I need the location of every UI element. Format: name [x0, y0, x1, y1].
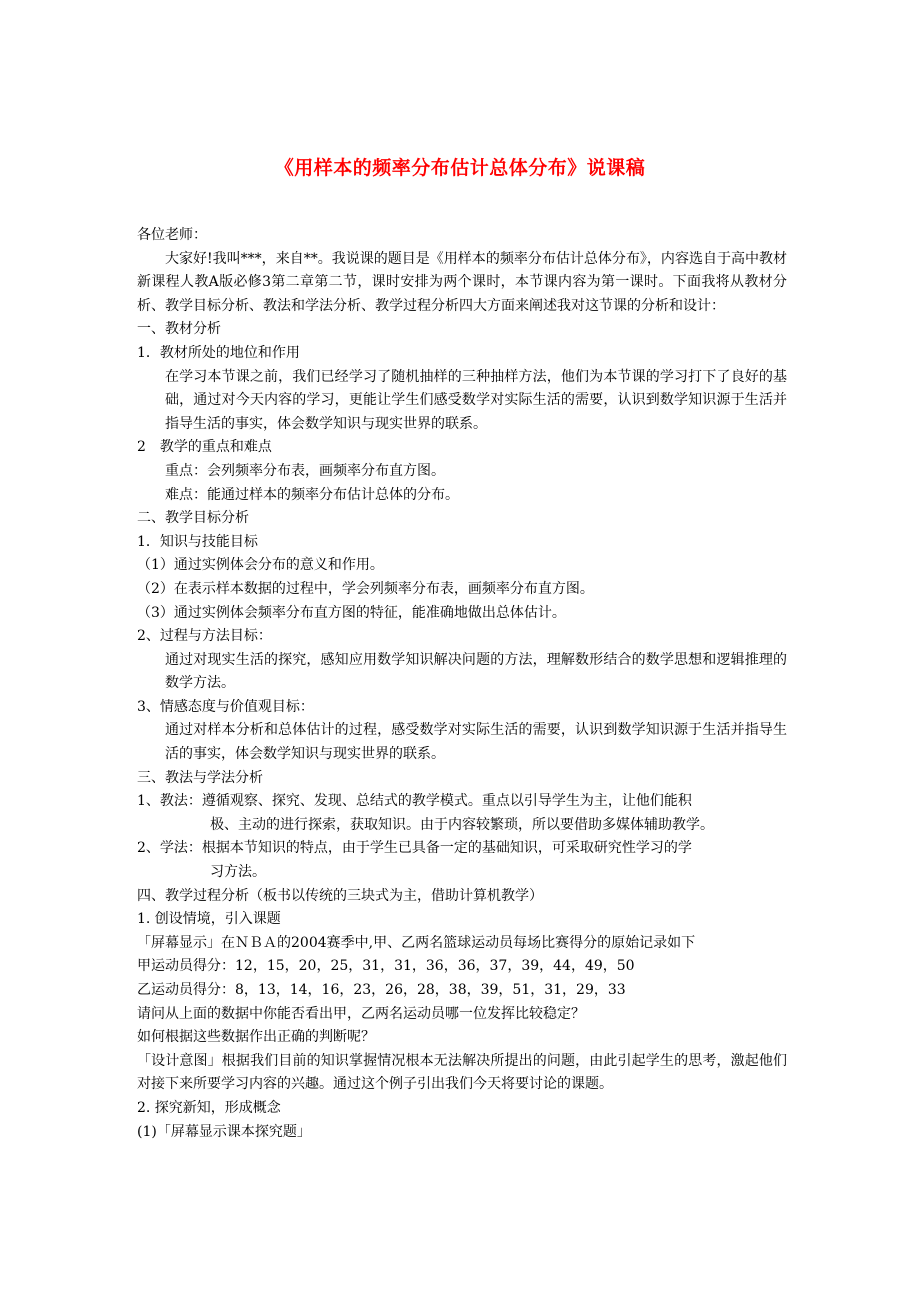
player-a-scores: 甲运动员得分：12，15，20，25，31，31，36，36，37，39，44，…	[137, 955, 787, 979]
design-intent: 「设计意图」根据我们目前的知识掌握情况根本无法解决所提出的问题，由此引起学生的思…	[137, 1050, 787, 1097]
learning-method: 2、学法：根据本节知识的特点，由于学生已具备一定的基础知识，可采取研究性学习的学	[137, 837, 787, 861]
subsection-heading: 2 教学的重点和难点	[137, 436, 787, 460]
subsection-heading: 1．知识与技能目标	[137, 531, 787, 555]
paragraph: 通过对样本分析和总体估计的过程，感受数学对实际生活的需要，认识到数学知识源于生活…	[137, 719, 787, 766]
section-heading: 三、教法与学法分析	[137, 767, 787, 791]
question: 如何根据这些数据作出正确的判断呢？	[137, 1026, 787, 1050]
section-heading: 四、教学过程分析（板书以传统的三块式为主，借助计算机教学）	[137, 885, 787, 909]
subsection-heading: 1. 创设情境，引入课题	[137, 908, 787, 932]
learning-method-continued: 习方法。	[137, 861, 787, 885]
section-heading: 二、教学目标分析	[137, 507, 787, 531]
list-item: (1)「屏幕显示课本探究题」	[137, 1121, 787, 1145]
difficult-point: 难点：能通过样本的频率分布估计总体的分布。	[137, 484, 787, 508]
salutation: 各位老师：	[137, 224, 787, 248]
question: 请问从上面的数据中你能否看出甲，乙两名运动员哪一位发挥比较稳定？	[137, 1003, 787, 1027]
teaching-method-continued: 极、主动的进行探索，获取知识。由于内容较繁琐，所以要借助多媒体辅助教学。	[137, 814, 787, 838]
subsection-heading: 1．教材所处的地位和作用	[137, 342, 787, 366]
list-item: （1）通过实例体会分布的意义和作用。	[137, 554, 787, 578]
learning-method-text: 根据本节知识的特点，由于学生已具备一定的基础知识，可采取研究性学习的学	[202, 840, 692, 856]
list-item: （2）在表示样本数据的过程中，学会列频率分布表，画频率分布直方图。	[137, 578, 787, 602]
learning-method-label: 2、学法：	[137, 840, 202, 856]
player-b-scores: 乙运动员得分：8，13，14，16，23，26，28，38，39，51，31，2…	[137, 979, 787, 1003]
key-point: 重点：会列频率分布表，画频率分布直方图。	[137, 460, 787, 484]
subsection-heading: 2、过程与方法目标：	[137, 625, 787, 649]
screen-display-line: 「屏幕显示」在ＮＢＡ的2004赛季中,甲、乙两名篮球运动员每场比赛得分的原始记录…	[137, 932, 787, 956]
subsection-heading: 2. 探究新知，形成概念	[137, 1097, 787, 1121]
document-title: 《用样本的频率分布估计总体分布》说课稿	[0, 153, 920, 180]
teaching-method: 1、教法：遵循观察、探究、发现、总结式的教学模式。重点以引导学生为主，让他们能积	[137, 790, 787, 814]
document-body: 各位老师： 大家好!我叫***，来自**。我说课的题目是《用样本的频率分布估计总…	[137, 224, 787, 1144]
intro-paragraph: 大家好!我叫***，来自**。我说课的题目是《用样本的频率分布估计总体分布》，内…	[137, 248, 787, 319]
paragraph: 在学习本节课之前，我们已经学习了随机抽样的三种抽样方法，他们为本节课的学习打下了…	[137, 366, 787, 437]
teaching-method-text: 遵循观察、探究、发现、总结式的教学模式。重点以引导学生为主，让他们能积	[202, 793, 692, 809]
teaching-method-label: 1、教法：	[137, 793, 202, 809]
paragraph: 通过对现实生活的探究，感知应用数学知识解决问题的方法，理解数形结合的数学思想和逻…	[137, 649, 787, 696]
list-item: （3）通过实例体会频率分布直方图的特征，能准确地做出总体估计。	[137, 602, 787, 626]
subsection-heading: 3、情感态度与价值观目标：	[137, 696, 787, 720]
section-heading: 一、教材分析	[137, 318, 787, 342]
